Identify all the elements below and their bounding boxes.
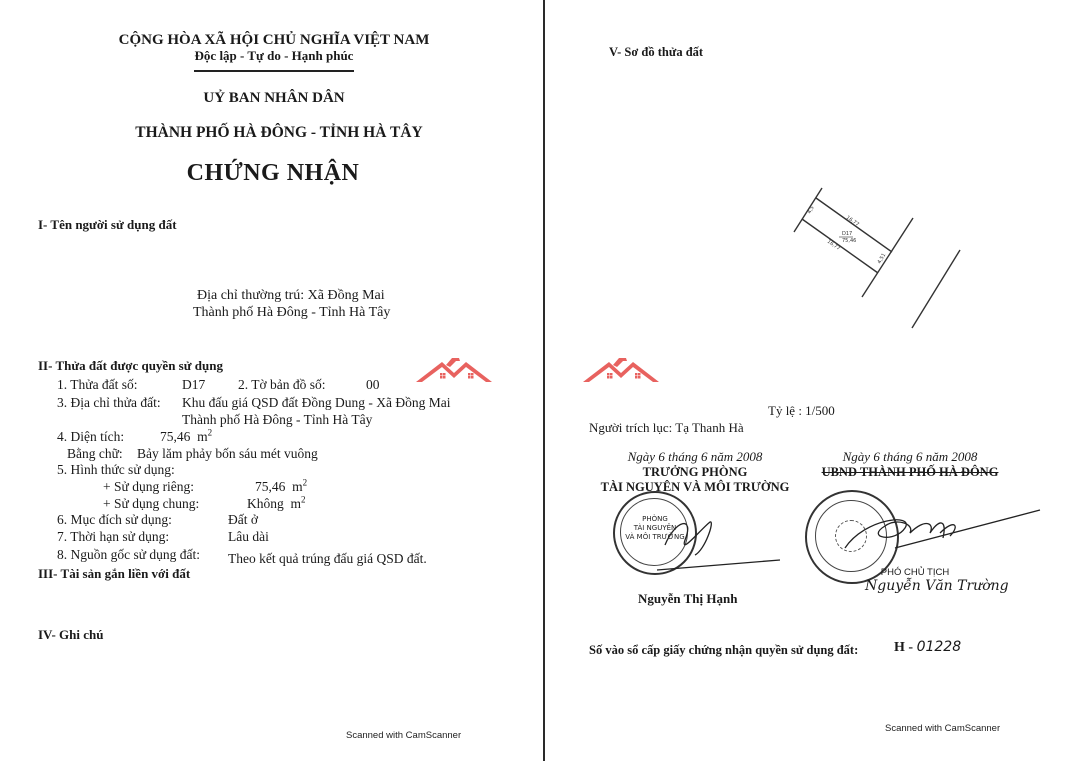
- svg-text:4,5: 4,5: [807, 205, 816, 215]
- section-5-heading: V- Sơ đồ thửa đất: [609, 45, 703, 60]
- parcel-number-label: 1. Thửa đất số:: [57, 377, 138, 393]
- registry-label: Số vào sổ cấp giấy chứng nhận quyền sử d…: [589, 643, 858, 658]
- shared-use-value: Không m2: [247, 496, 306, 512]
- right-signatory-position: PHÓ CHỦ TỊCH: [845, 567, 985, 578]
- right-sign-date: Ngày 6 tháng 6 năm 2008: [810, 449, 1010, 465]
- right-signature: [835, 498, 1045, 568]
- section-3-heading: III- Tài sản gắn liền với đất: [38, 566, 190, 582]
- private-use-value: 75,46 m2: [255, 479, 307, 495]
- parcel-address-label: 3. Địa chỉ thửa đất:: [57, 395, 161, 411]
- section-4-heading: IV- Ghi chú: [38, 627, 104, 643]
- parcel-address-value-2: Thành phố Hà Đông - Tỉnh Hà Tây: [182, 412, 372, 428]
- origin-value: Theo kết quả trúng đấu giá QSD đất.: [228, 551, 427, 567]
- registry-number: H - 01228: [894, 639, 961, 656]
- usage-form-label: 5. Hình thức sử dụng:: [57, 462, 175, 478]
- area-label: 4. Diện tích:: [57, 429, 124, 445]
- extractor-name: Người trích lục: Tạ Thanh Hà: [589, 420, 744, 436]
- purpose-label: 6. Mục đích sử dụng:: [57, 512, 172, 528]
- parcel-number-value: D17: [182, 377, 205, 393]
- svg-text:16,77: 16,77: [826, 239, 841, 252]
- left-sign-title: TRƯỞNG PHÒNG: [595, 465, 795, 480]
- camscanner-watermark: Scanned with CamScanner: [346, 730, 461, 741]
- right-sign-authority: UBND THÀNH PHỐ HÀ ĐÔNG: [810, 465, 1010, 480]
- section-2-heading: II- Thửa đất được quyền sử dụng: [38, 358, 223, 374]
- certificate-left-page: CỘNG HÒA XÃ HỘI CHỦ NGHĨA VIỆT NAM Độc l…: [0, 0, 543, 761]
- issuing-city: THÀNH PHỐ HÀ ĐÔNG - TỈNH HÀ TÂY: [0, 124, 558, 142]
- svg-text:D17: D17: [842, 231, 852, 237]
- address-line-2: Thành phố Hà Đông - Tỉnh Hà Tây: [193, 305, 390, 321]
- map-scale: Tỷ lệ : 1/500: [768, 403, 835, 419]
- left-sign-date: Ngày 6 tháng 6 năm 2008: [595, 449, 795, 465]
- term-value: Lâu dài: [228, 529, 269, 545]
- certificate-right-page: V- Sơ đồ thửa đất 4,5 16,77 16,77 4,51 D…: [545, 0, 1080, 761]
- left-sign-department: TÀI NGUYÊN VÀ MÔI TRƯỜNG: [590, 480, 800, 495]
- map-sheet-value: 00: [366, 377, 380, 393]
- origin-label: 8. Nguồn gốc sử dụng đất:: [57, 547, 200, 563]
- left-signatory-name: Nguyễn Thị Hạnh: [638, 591, 737, 607]
- svg-text:4,51: 4,51: [877, 252, 888, 265]
- house-logo-icon: [414, 355, 494, 385]
- private-use-label: + Sử dụng riêng:: [103, 479, 194, 495]
- header-rule: [194, 70, 354, 72]
- area-in-words-label: Bằng chữ:: [67, 446, 123, 462]
- address-line-1: Địa chỉ thường trú: Xã Đồng Mai: [197, 288, 385, 304]
- map-sheet-label: 2. Tờ bản đồ số:: [238, 377, 326, 393]
- house-logo-icon: [581, 355, 661, 385]
- section-1-heading: I- Tên người sử dụng đất: [38, 217, 177, 233]
- national-title: CỘNG HÒA XÃ HỘI CHỦ NGHĨA VIỆT NAM: [0, 32, 548, 49]
- plot-diagram: 4,5 16,77 16,77 4,51 D17 75,46: [770, 180, 990, 340]
- shared-use-label: + Sử dụng chung:: [103, 496, 199, 512]
- area-value: 75,46 m2: [160, 429, 212, 445]
- svg-text:16,77: 16,77: [845, 215, 860, 228]
- national-motto: Độc lập - Tự do - Hạnh phúc: [0, 48, 548, 64]
- issuing-committee: UỶ BAN NHÂN DÂN: [0, 90, 548, 107]
- term-label: 7. Thời hạn sử dụng:: [57, 529, 169, 545]
- purpose-value: Đất ở: [228, 512, 258, 528]
- area-in-words-value: Bảy lăm phảy bốn sáu mét vuông: [137, 446, 318, 462]
- camscanner-watermark: Scanned with CamScanner: [885, 723, 1000, 734]
- right-signatory-name: Nguyễn Văn Trường: [865, 578, 1009, 594]
- left-signature: [655, 510, 785, 580]
- svg-text:75,46: 75,46: [842, 238, 856, 244]
- parcel-address-value: Khu đấu giá QSD đất Đồng Dung - Xã Đồng …: [182, 395, 450, 411]
- certificate-title: CHỨNG NHẬN: [0, 160, 546, 187]
